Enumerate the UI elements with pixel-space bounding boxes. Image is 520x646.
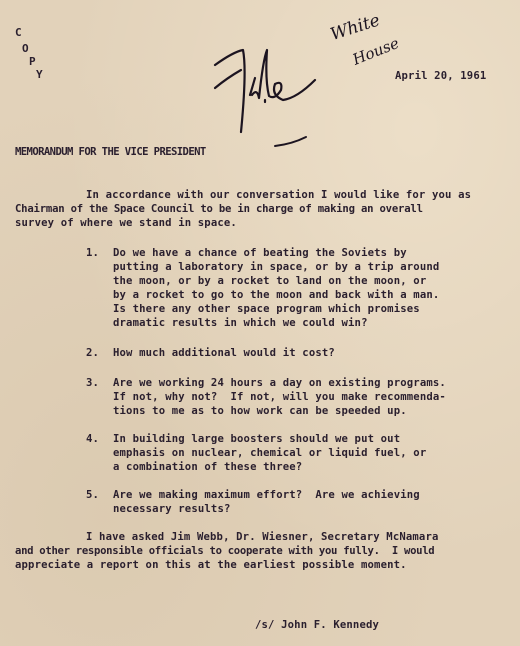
question-number: 4. <box>86 432 99 446</box>
memo-page: C O P Y White House April 20, 1961 MEMOR… <box>0 0 520 646</box>
closing-line: I have asked Jim Webb, Dr. Wiesner, Secr… <box>86 530 439 544</box>
intro-line: survey of where we stand in space. <box>15 216 237 230</box>
handwritten-underline <box>272 134 312 150</box>
question-line: the moon, or by a rocket to land on the … <box>113 274 426 288</box>
question-line: tions to me as to how work can be speede… <box>113 404 407 418</box>
question-number: 3. <box>86 376 99 390</box>
closing-line: and other responsible officials to coope… <box>15 544 434 558</box>
memo-date: April 20, 1961 <box>395 69 486 83</box>
question-number: 1. <box>86 246 99 260</box>
intro-line: Chairman of the Space Council to be in c… <box>15 202 423 216</box>
handwritten-house-note: House <box>350 34 402 69</box>
closing-line: appreciate a report on this at the earli… <box>15 558 407 572</box>
memo-heading: MEMORANDUM FOR THE VICE PRESIDENT <box>15 145 206 159</box>
question-line: a combination of these three? <box>113 460 302 474</box>
question-line: emphasis on nuclear, chemical or liquid … <box>113 446 426 460</box>
copy-letter: O <box>22 42 29 55</box>
question-line: If not, why not? If not, will you make r… <box>113 390 446 404</box>
copy-letter: P <box>29 55 36 68</box>
question-line: putting a laboratory in space, or by a t… <box>113 260 439 274</box>
question-line: by a rocket to go to the moon and back w… <box>113 288 439 302</box>
question-line: Are we making maximum effort? Are we ach… <box>113 488 420 502</box>
copy-letter: C <box>15 26 22 39</box>
question-line: Is there any other space program which p… <box>113 302 420 316</box>
question-line: Are we working 24 hours a day on existin… <box>113 376 446 390</box>
intro-line: In accordance with our conversation I wo… <box>86 188 471 202</box>
handwritten-file-annotation <box>205 40 335 140</box>
signature: /s/ John F. Kennedy <box>255 618 379 632</box>
question-number: 5. <box>86 488 99 502</box>
question-line: How much additional would it cost? <box>113 346 335 360</box>
handwritten-white-note: White <box>328 10 382 45</box>
question-line: dramatic results in which we could win? <box>113 316 368 330</box>
question-line: necessary results? <box>113 502 231 516</box>
question-number: 2. <box>86 346 99 360</box>
question-line: Do we have a chance of beating the Sovie… <box>113 246 407 260</box>
question-line: In building large boosters should we put… <box>113 432 400 446</box>
copy-letter: Y <box>36 68 43 81</box>
